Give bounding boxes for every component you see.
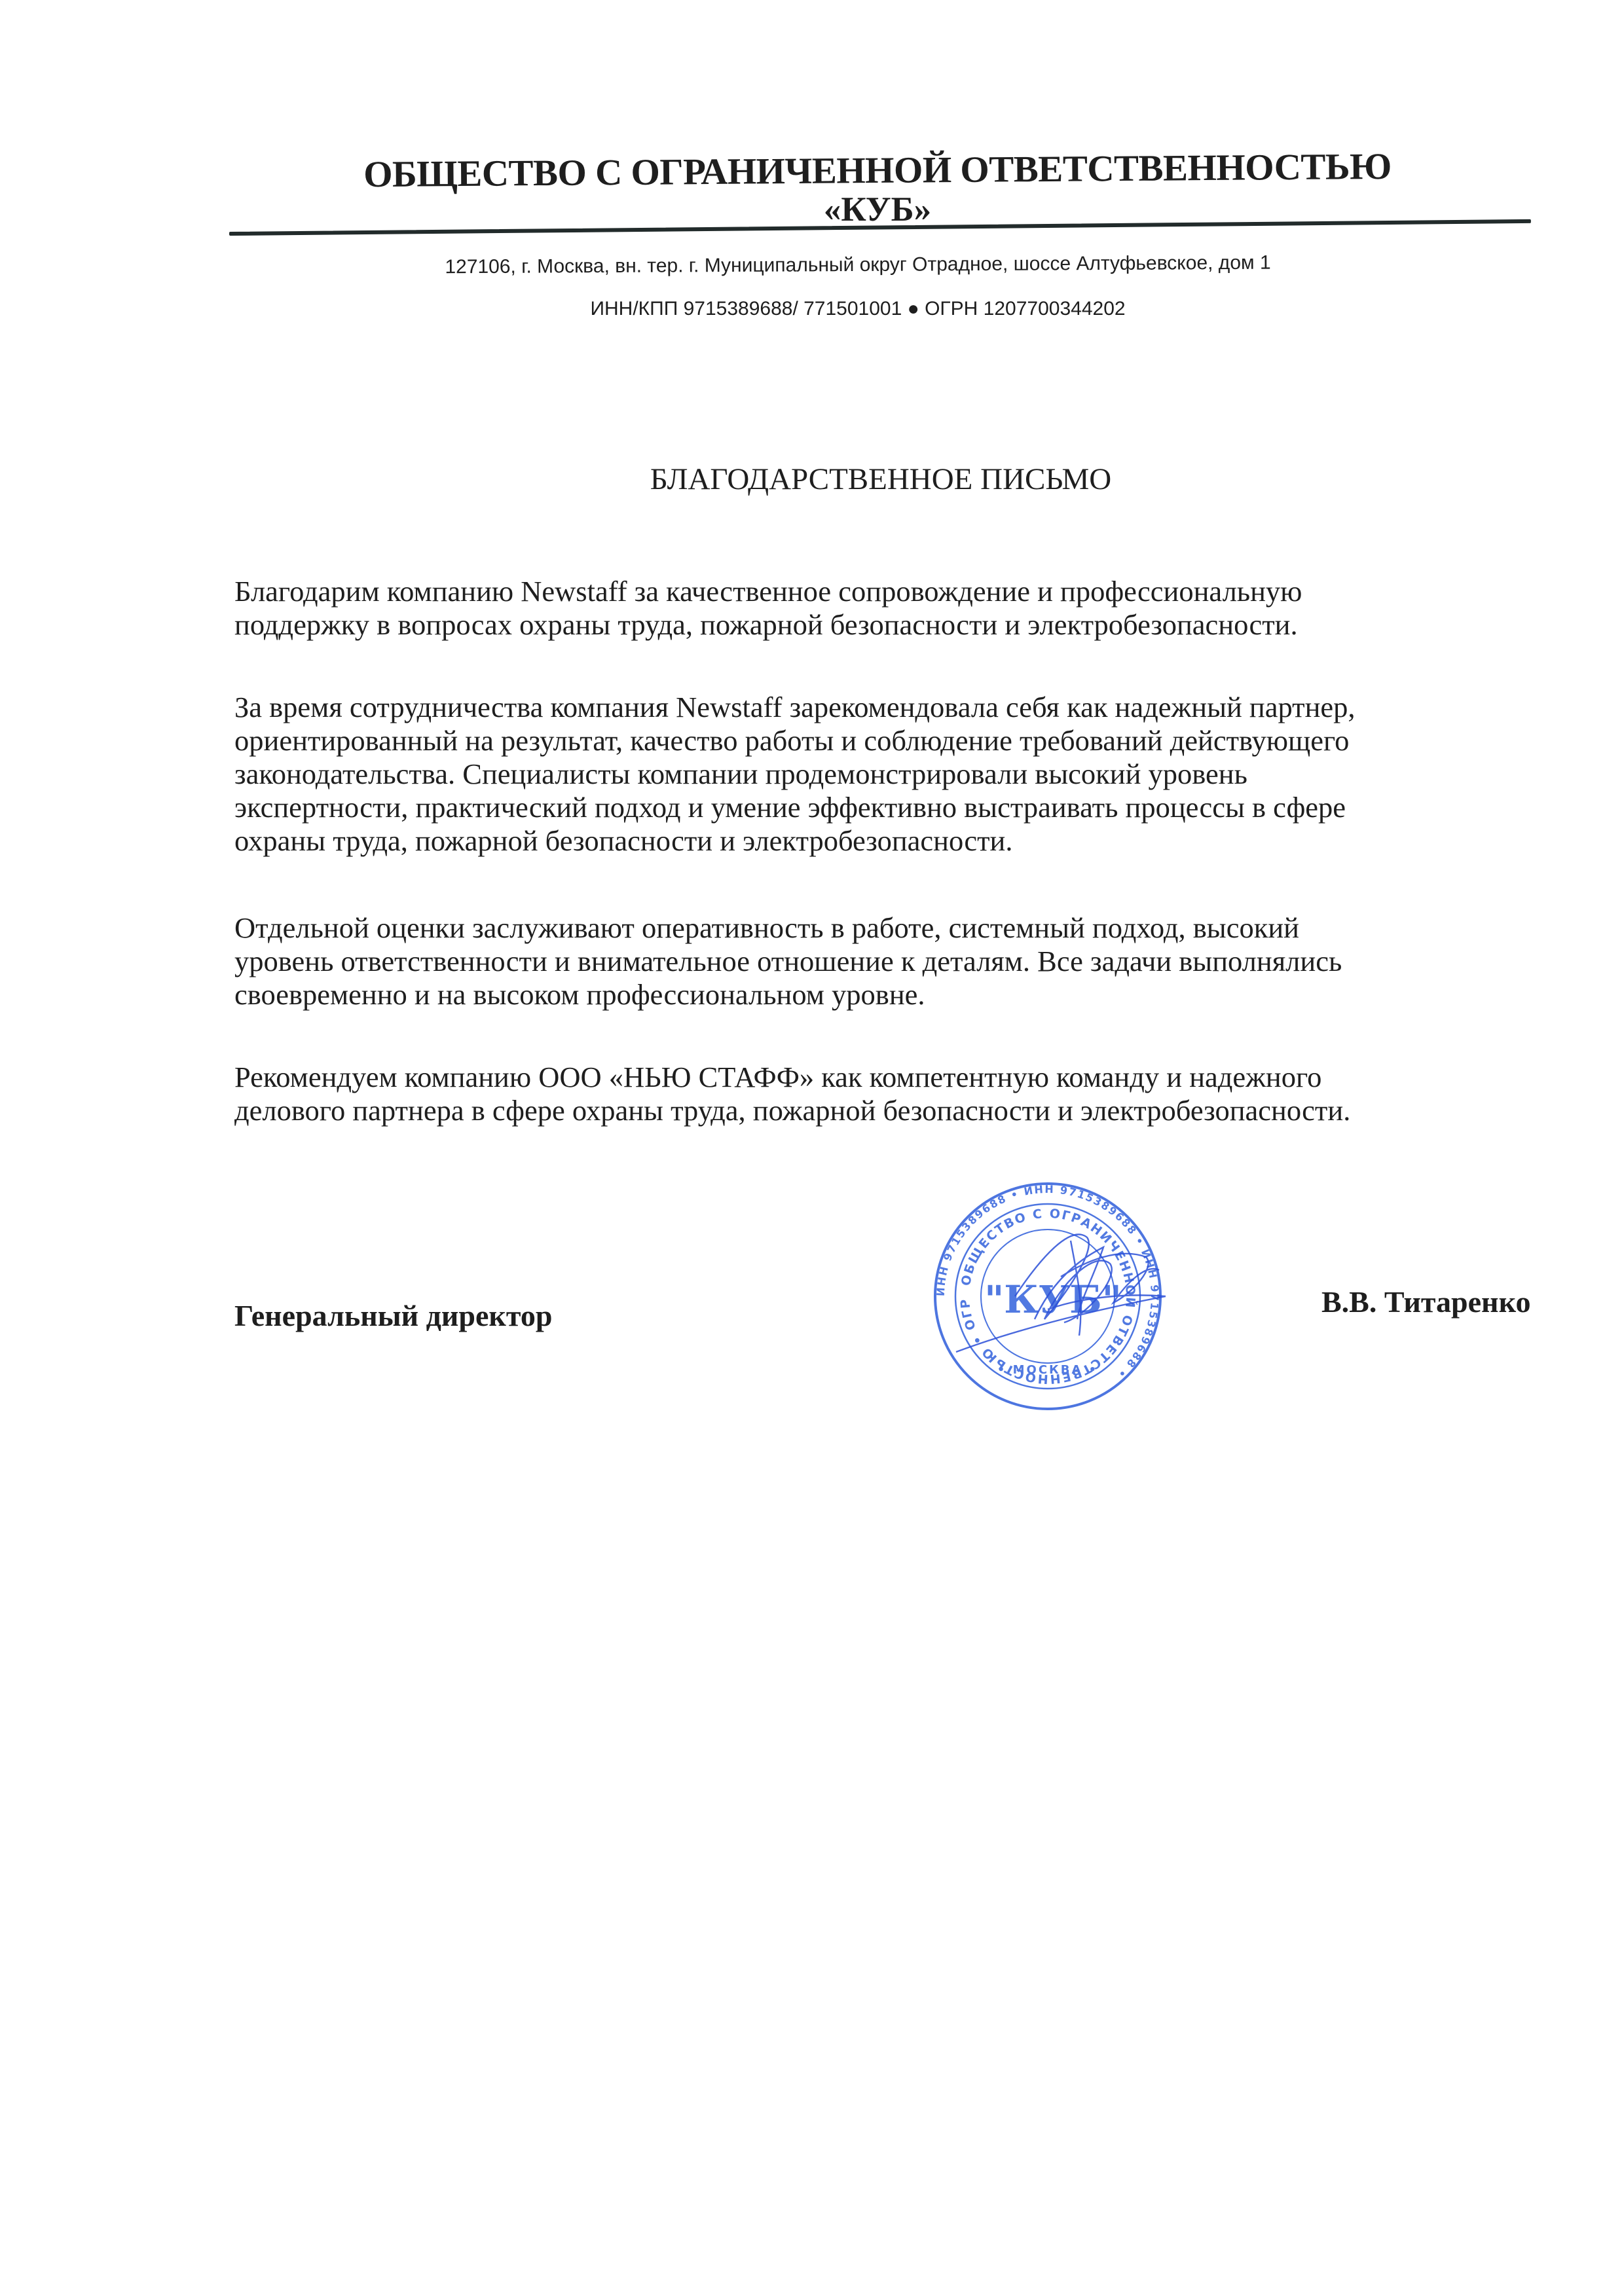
text-line: уровень ответственности и внимательное о…: [234, 945, 1538, 978]
company-stamp: ИНН 9715389688 • ИНН 9715389688 • ИНН 97…: [930, 1178, 1166, 1414]
signatory-name: В.В. Титаренко: [1321, 1285, 1530, 1319]
stamp-center-text: "КУБ": [984, 1277, 1122, 1322]
org-address: 127106, г. Москва, вн. тер. г. Муниципал…: [0, 249, 1624, 281]
text-line: своевременно и на высоком профессиональн…: [234, 978, 1538, 1011]
text-line: Благодарим компанию Newstaff за качестве…: [234, 575, 1538, 608]
signatory-role: Генеральный директор: [234, 1298, 553, 1333]
letter-paragraph: Отдельной оценки заслуживают оперативнос…: [234, 911, 1538, 1011]
text-line: Отдельной оценки заслуживают оперативнос…: [234, 911, 1538, 945]
text-line: экспертности, практический подход и умен…: [234, 791, 1538, 824]
text-line: ориентированный на результат, качество р…: [234, 724, 1538, 757]
letter-paragraph: Благодарим компанию Newstaff за качестве…: [234, 575, 1538, 642]
text-line: законодательства. Специалисты компании п…: [234, 757, 1538, 791]
text-line: Рекомендуем компанию ООО «НЬЮ СТАФФ» как…: [234, 1061, 1538, 1094]
letter-paragraph: Рекомендуем компанию ООО «НЬЮ СТАФФ» как…: [234, 1061, 1538, 1127]
org-requisites: ИНН/КПП 9715389688/ 771501001 ● ОГРН 120…: [0, 298, 1624, 320]
text-line: делового партнера в сфере охраны труда, …: [234, 1094, 1538, 1127]
stamp-seal-icon: ИНН 9715389688 • ИНН 9715389688 • ИНН 97…: [930, 1178, 1166, 1414]
text-line: охраны труда, пожарной безопасности и эл…: [234, 824, 1538, 858]
text-line: За время сотрудничества компания Newstaf…: [234, 691, 1538, 724]
text-line: поддержку в вопросах охраны труда, пожар…: [234, 608, 1538, 642]
stamp-city: • МОСКВА •: [997, 1363, 1098, 1377]
letter-heading: БЛАГОДАРСТВЕННОЕ ПИСЬМО: [0, 462, 1624, 497]
letter-paragraph: За время сотрудничества компания Newstaf…: [234, 691, 1538, 858]
